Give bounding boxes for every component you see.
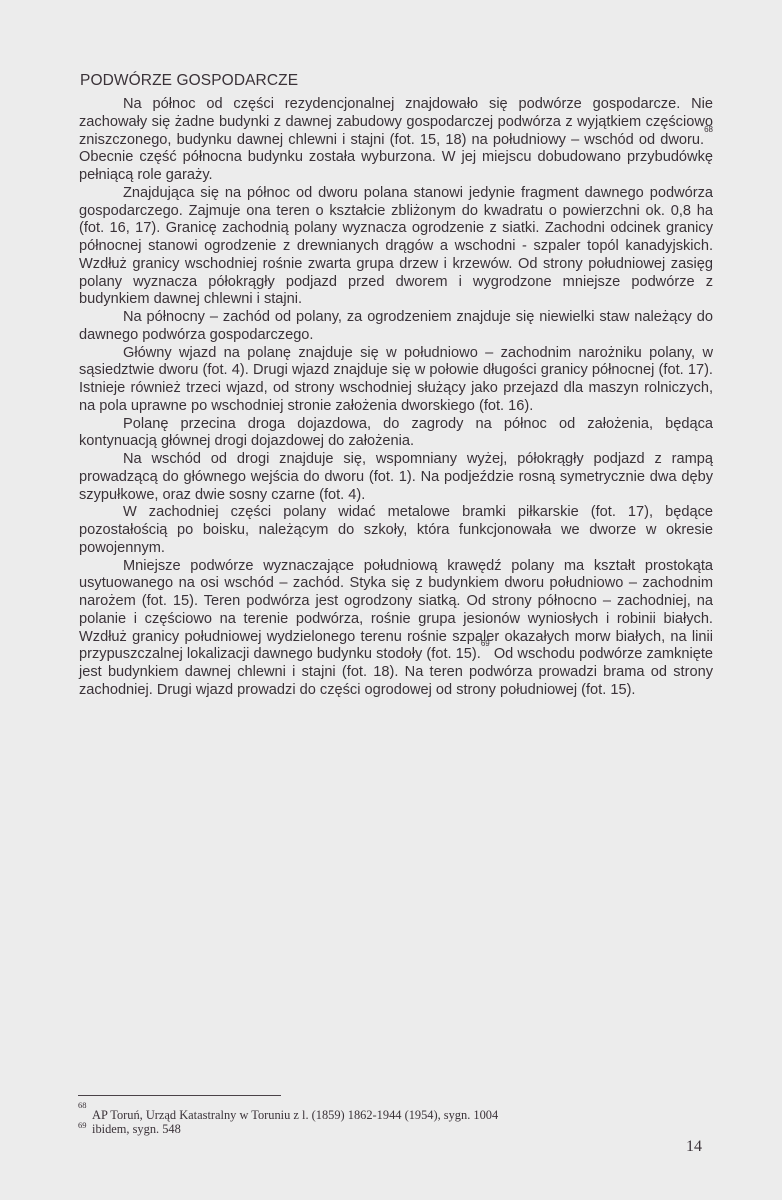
paragraph-8: Mniejsze podwórze wyznaczające południow…: [79, 558, 713, 700]
paragraph-2: Znajdująca się na północ od dworu polana…: [79, 185, 713, 309]
document-page: PODWÓRZE GOSPODARCZE Na północ od części…: [0, 0, 782, 1200]
footnote-number: 68: [78, 1098, 87, 1112]
footnote-text: ibidem, sygn. 548: [92, 1122, 181, 1136]
footnote-separator: [78, 1095, 281, 1096]
paragraph-text: Na północ od części rezydencjonalnej zna…: [79, 96, 713, 148]
paragraph-7: W zachodniej części polany widać metalow…: [79, 504, 713, 557]
footnote-68: 68 AP Toruń, Urząd Katastralny w Toruniu…: [78, 1104, 708, 1122]
paragraph-6: Na wschód od drogi znajduje się, wspomni…: [79, 451, 713, 504]
paragraph-3: Na północny – zachód od polany, za ogrod…: [79, 309, 713, 345]
section-title: PODWÓRZE GOSPODARCZE: [80, 72, 298, 90]
footnote-text: AP Toruń, Urząd Katastralny w Toruniu z …: [92, 1108, 498, 1122]
footnotes: 68 AP Toruń, Urząd Katastralny w Toruniu…: [78, 1104, 708, 1136]
footnote-ref-68[interactable]: 68: [704, 125, 713, 134]
paragraph-5: Polanę przecina droga dojazdowa, do zagr…: [79, 416, 713, 452]
paragraph-1: Na północ od części rezydencjonalnej zna…: [79, 96, 713, 185]
body-text: Na północ od części rezydencjonalnej zna…: [79, 96, 713, 700]
footnote-ref-69[interactable]: 69: [481, 639, 490, 648]
paragraph-text-continued: Obecnie część północna budynku została w…: [79, 149, 713, 183]
footnote-number: 69: [78, 1118, 87, 1132]
footnote-69: 69 ibidem, sygn. 548: [78, 1122, 708, 1136]
paragraph-4: Główny wjazd na polanę znajduje się w po…: [79, 345, 713, 416]
page-number: 14: [686, 1138, 702, 1156]
